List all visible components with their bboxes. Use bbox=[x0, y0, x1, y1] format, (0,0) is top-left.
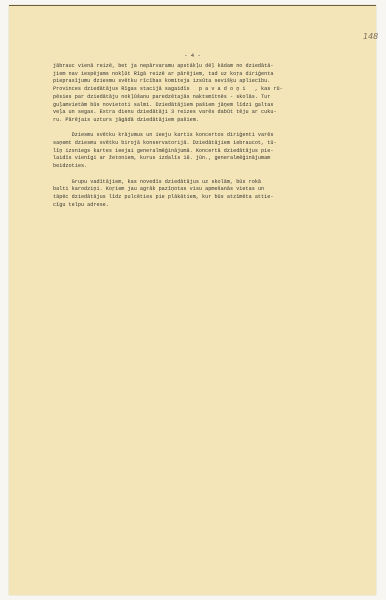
paragraph-gap bbox=[53, 125, 345, 133]
text-line: veļa un segas. Extra dienu dziedātāji 3 … bbox=[53, 109, 345, 117]
text-line: beidzoties. bbox=[53, 163, 345, 171]
text-line: guļamvietām būs novietoti salmi. Dziedāt… bbox=[53, 102, 345, 110]
paragraph-2: Dziesmu svētku krājumus un ieeju kartis … bbox=[53, 132, 345, 171]
text-line: līņ izsniegs kartes ieejai generalmēģinā… bbox=[53, 148, 345, 156]
text-line: Grupu vadītājiem, kas novedīs dziedātāju… bbox=[53, 179, 345, 187]
paragraph-1: jābrauc vienā reizē, bet ja nepārvaramu … bbox=[53, 63, 345, 125]
text-line: Provinces dziedātājus Rīgas stacijā saga… bbox=[53, 86, 345, 94]
archive-page-number: 148 bbox=[363, 32, 378, 41]
text-line: balti karodziņi. Koŗiem jau agrāk pazīņo… bbox=[53, 186, 345, 194]
text-line: cīgu telpu adrese. bbox=[53, 202, 345, 210]
document-page: 148 - 4 - jābrauc vienā reizē, bet ja ne… bbox=[9, 5, 376, 595]
text-line: Dziesmu svētku krājumus un ieeju kartis … bbox=[53, 132, 345, 140]
page-header: - 4 - bbox=[9, 52, 376, 59]
text-line: tāpēc dziedātājus līdz pulcēties pie plā… bbox=[53, 194, 345, 202]
text-line: saņemt dziesmu svētku birojā konservator… bbox=[53, 140, 345, 148]
text-line: jābrauc vienā reizē, bet ja nepārvaramu … bbox=[53, 63, 345, 71]
text-line: pieprasījumu dziesmu svētku rīcības komi… bbox=[53, 78, 345, 86]
document-body: jābrauc vienā reizē, bet ja nepārvaramu … bbox=[53, 63, 345, 209]
text-line: ru. Pārējais uzturs jāgādā dziedātājiem … bbox=[53, 117, 345, 125]
text-line: jiem nav iespējams nokļūt Rīgā reizē ar … bbox=[53, 71, 345, 79]
text-line: laidīs vienīgi ar žetoniem, kurus izdalī… bbox=[53, 155, 345, 163]
paragraph-gap bbox=[53, 171, 345, 179]
text-line: pēsies par dziedātāju nokļūšanu paredzēt… bbox=[53, 94, 345, 102]
paragraph-3: Grupu vadītājiem, kas novedīs dziedātāju… bbox=[53, 179, 345, 210]
